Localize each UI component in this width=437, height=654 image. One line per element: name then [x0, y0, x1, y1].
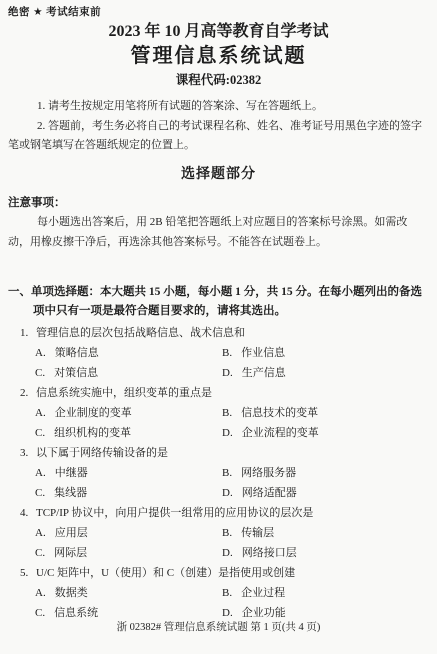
paper-title: 管理信息系统试题: [0, 43, 437, 70]
option-c: C.集线器: [35, 483, 222, 503]
notice-text: 每小题选出答案后，用 2B 铅笔把答题纸上对应题目的答案标号涂黑。如需改动，用橡…: [8, 213, 429, 252]
option-label: A.: [35, 347, 46, 359]
option-b: B.网络服务器: [222, 463, 296, 483]
option-c: C.网际层: [35, 543, 222, 563]
option-text: 网络接口层: [242, 547, 297, 559]
option-a: A.数据类: [35, 583, 222, 603]
option-text: 生产信息: [242, 367, 286, 379]
exam-session-title: 2023 年 10 月高等教育自学考试: [0, 21, 437, 43]
option-c: C.对策信息: [35, 363, 222, 383]
option-label: B.: [222, 587, 232, 599]
question-5: 5. U/C 矩阵中，U（使用）和 C（创建）是指使用或创建 A.数据类 B.企…: [8, 563, 429, 623]
question-1: 1. 管理信息的层次包括战略信息、战术信息和 A.策略信息 B.作业信息 C.对…: [8, 323, 429, 383]
option-b: B.企业过程: [222, 583, 285, 603]
option-label: B.: [222, 347, 232, 359]
question-number: 2.: [20, 383, 36, 403]
question-2: 2. 信息系统实施中，组织变革的重点是 A.企业制度的变革 B.信息技术的变革 …: [8, 383, 429, 443]
instruction-1: 1. 请考生按规定用笔将所有试题的答案涂、写在答题纸上。: [8, 97, 429, 117]
question-3: 3. 以下属于网络传输设备的是 A.中继器 B.网络服务器 C.集线器 D.网络…: [8, 443, 429, 503]
instruction-2: 2. 答题前，考生务必将自己的考试课程名称、姓名、准考证号用黑色字迹的签字笔或钢…: [8, 117, 429, 156]
option-a: A.应用层: [35, 523, 222, 543]
part-heading-text: 单项选择题：本大题共 15 小题，每小题 1 分，共 15 分。在每小题列出的备…: [31, 286, 422, 317]
question-number: 4.: [20, 503, 36, 523]
option-text: 企业流程的变革: [242, 427, 319, 439]
option-text: 网际层: [54, 547, 87, 559]
option-a: A.策略信息: [35, 343, 222, 363]
question-text: 以下属于网络传输设备的是: [36, 443, 168, 463]
option-label: B.: [222, 407, 232, 419]
option-d: D.企业流程的变革: [222, 423, 319, 443]
part-number: 一、: [8, 286, 31, 298]
option-label: D.: [222, 487, 233, 499]
option-b: B.作业信息: [222, 343, 285, 363]
option-d: D.网络接口层: [222, 543, 297, 563]
classification-banner: 绝密 ★ 考试结束前: [8, 3, 101, 23]
option-text: 信息技术的变革: [241, 407, 318, 419]
question-text: 信息系统实施中，组织变革的重点是: [36, 383, 212, 403]
option-label: D.: [222, 427, 233, 439]
part-one-heading: 一、单项选择题：本大题共 15 小题，每小题 1 分，共 15 分。在每小题列出…: [8, 283, 429, 321]
question-number: 5.: [20, 563, 36, 583]
section-title: 选择题部分: [8, 165, 429, 185]
option-b: B.信息技术的变革: [222, 403, 318, 423]
question-text: TCP/IP 协议中，向用户提供一组常用的应用协议的层次是: [36, 503, 313, 523]
option-c: C.组织机构的变革: [35, 423, 222, 443]
option-text: 集线器: [54, 487, 87, 499]
option-label: A.: [35, 407, 46, 419]
notice-label: 注意事项：: [8, 194, 429, 214]
option-a: A.中继器: [35, 463, 222, 483]
option-text: 网络适配器: [242, 487, 297, 499]
option-text: 企业过程: [241, 587, 285, 599]
option-label: D.: [222, 367, 233, 379]
paper-body: 1. 请考生按规定用笔将所有试题的答案涂、写在答题纸上。 2. 答题前，考生务必…: [0, 97, 437, 623]
option-a: A.企业制度的变革: [35, 403, 222, 423]
option-text: 组织机构的变革: [54, 427, 131, 439]
option-text: 作业信息: [241, 347, 285, 359]
option-d: D.生产信息: [222, 363, 286, 383]
option-text: 应用层: [55, 527, 88, 539]
exam-paper-page: 绝密 ★ 考试结束前 2023 年 10 月高等教育自学考试 管理信息系统试题 …: [0, 0, 437, 654]
option-text: 企业制度的变革: [55, 407, 132, 419]
option-text: 对策信息: [54, 367, 98, 379]
option-d: D.网络适配器: [222, 483, 297, 503]
option-label: A.: [35, 467, 46, 479]
option-label: C.: [35, 367, 45, 379]
option-b: B.传输层: [222, 523, 274, 543]
course-code: 课程代码:02382: [0, 72, 437, 89]
general-instructions: 1. 请考生按规定用笔将所有试题的答案涂、写在答题纸上。 2. 答题前，考生务必…: [8, 97, 429, 156]
option-label: B.: [222, 467, 232, 479]
option-label: A.: [35, 587, 46, 599]
option-label: C.: [35, 547, 45, 559]
question-list: 1. 管理信息的层次包括战略信息、战术信息和 A.策略信息 B.作业信息 C.对…: [8, 323, 429, 623]
option-label: D.: [222, 547, 233, 559]
option-label: B.: [222, 527, 232, 539]
page-footer: 浙 02382# 管理信息系统试题 第 1 页(共 4 页): [0, 618, 437, 638]
question-text: 管理信息的层次包括战略信息、战术信息和: [36, 323, 245, 343]
option-text: 传输层: [241, 527, 274, 539]
question-text: U/C 矩阵中，U（使用）和 C（创建）是指使用或创建: [36, 563, 295, 583]
question-number: 3.: [20, 443, 36, 463]
option-label: A.: [35, 527, 46, 539]
question-number: 1.: [20, 323, 36, 343]
option-text: 中继器: [55, 467, 88, 479]
option-text: 网络服务器: [241, 467, 296, 479]
option-label: C.: [35, 487, 45, 499]
option-text: 策略信息: [55, 347, 99, 359]
question-4: 4. TCP/IP 协议中，向用户提供一组常用的应用协议的层次是 A.应用层 B…: [8, 503, 429, 563]
option-label: C.: [35, 427, 45, 439]
option-text: 数据类: [55, 587, 88, 599]
